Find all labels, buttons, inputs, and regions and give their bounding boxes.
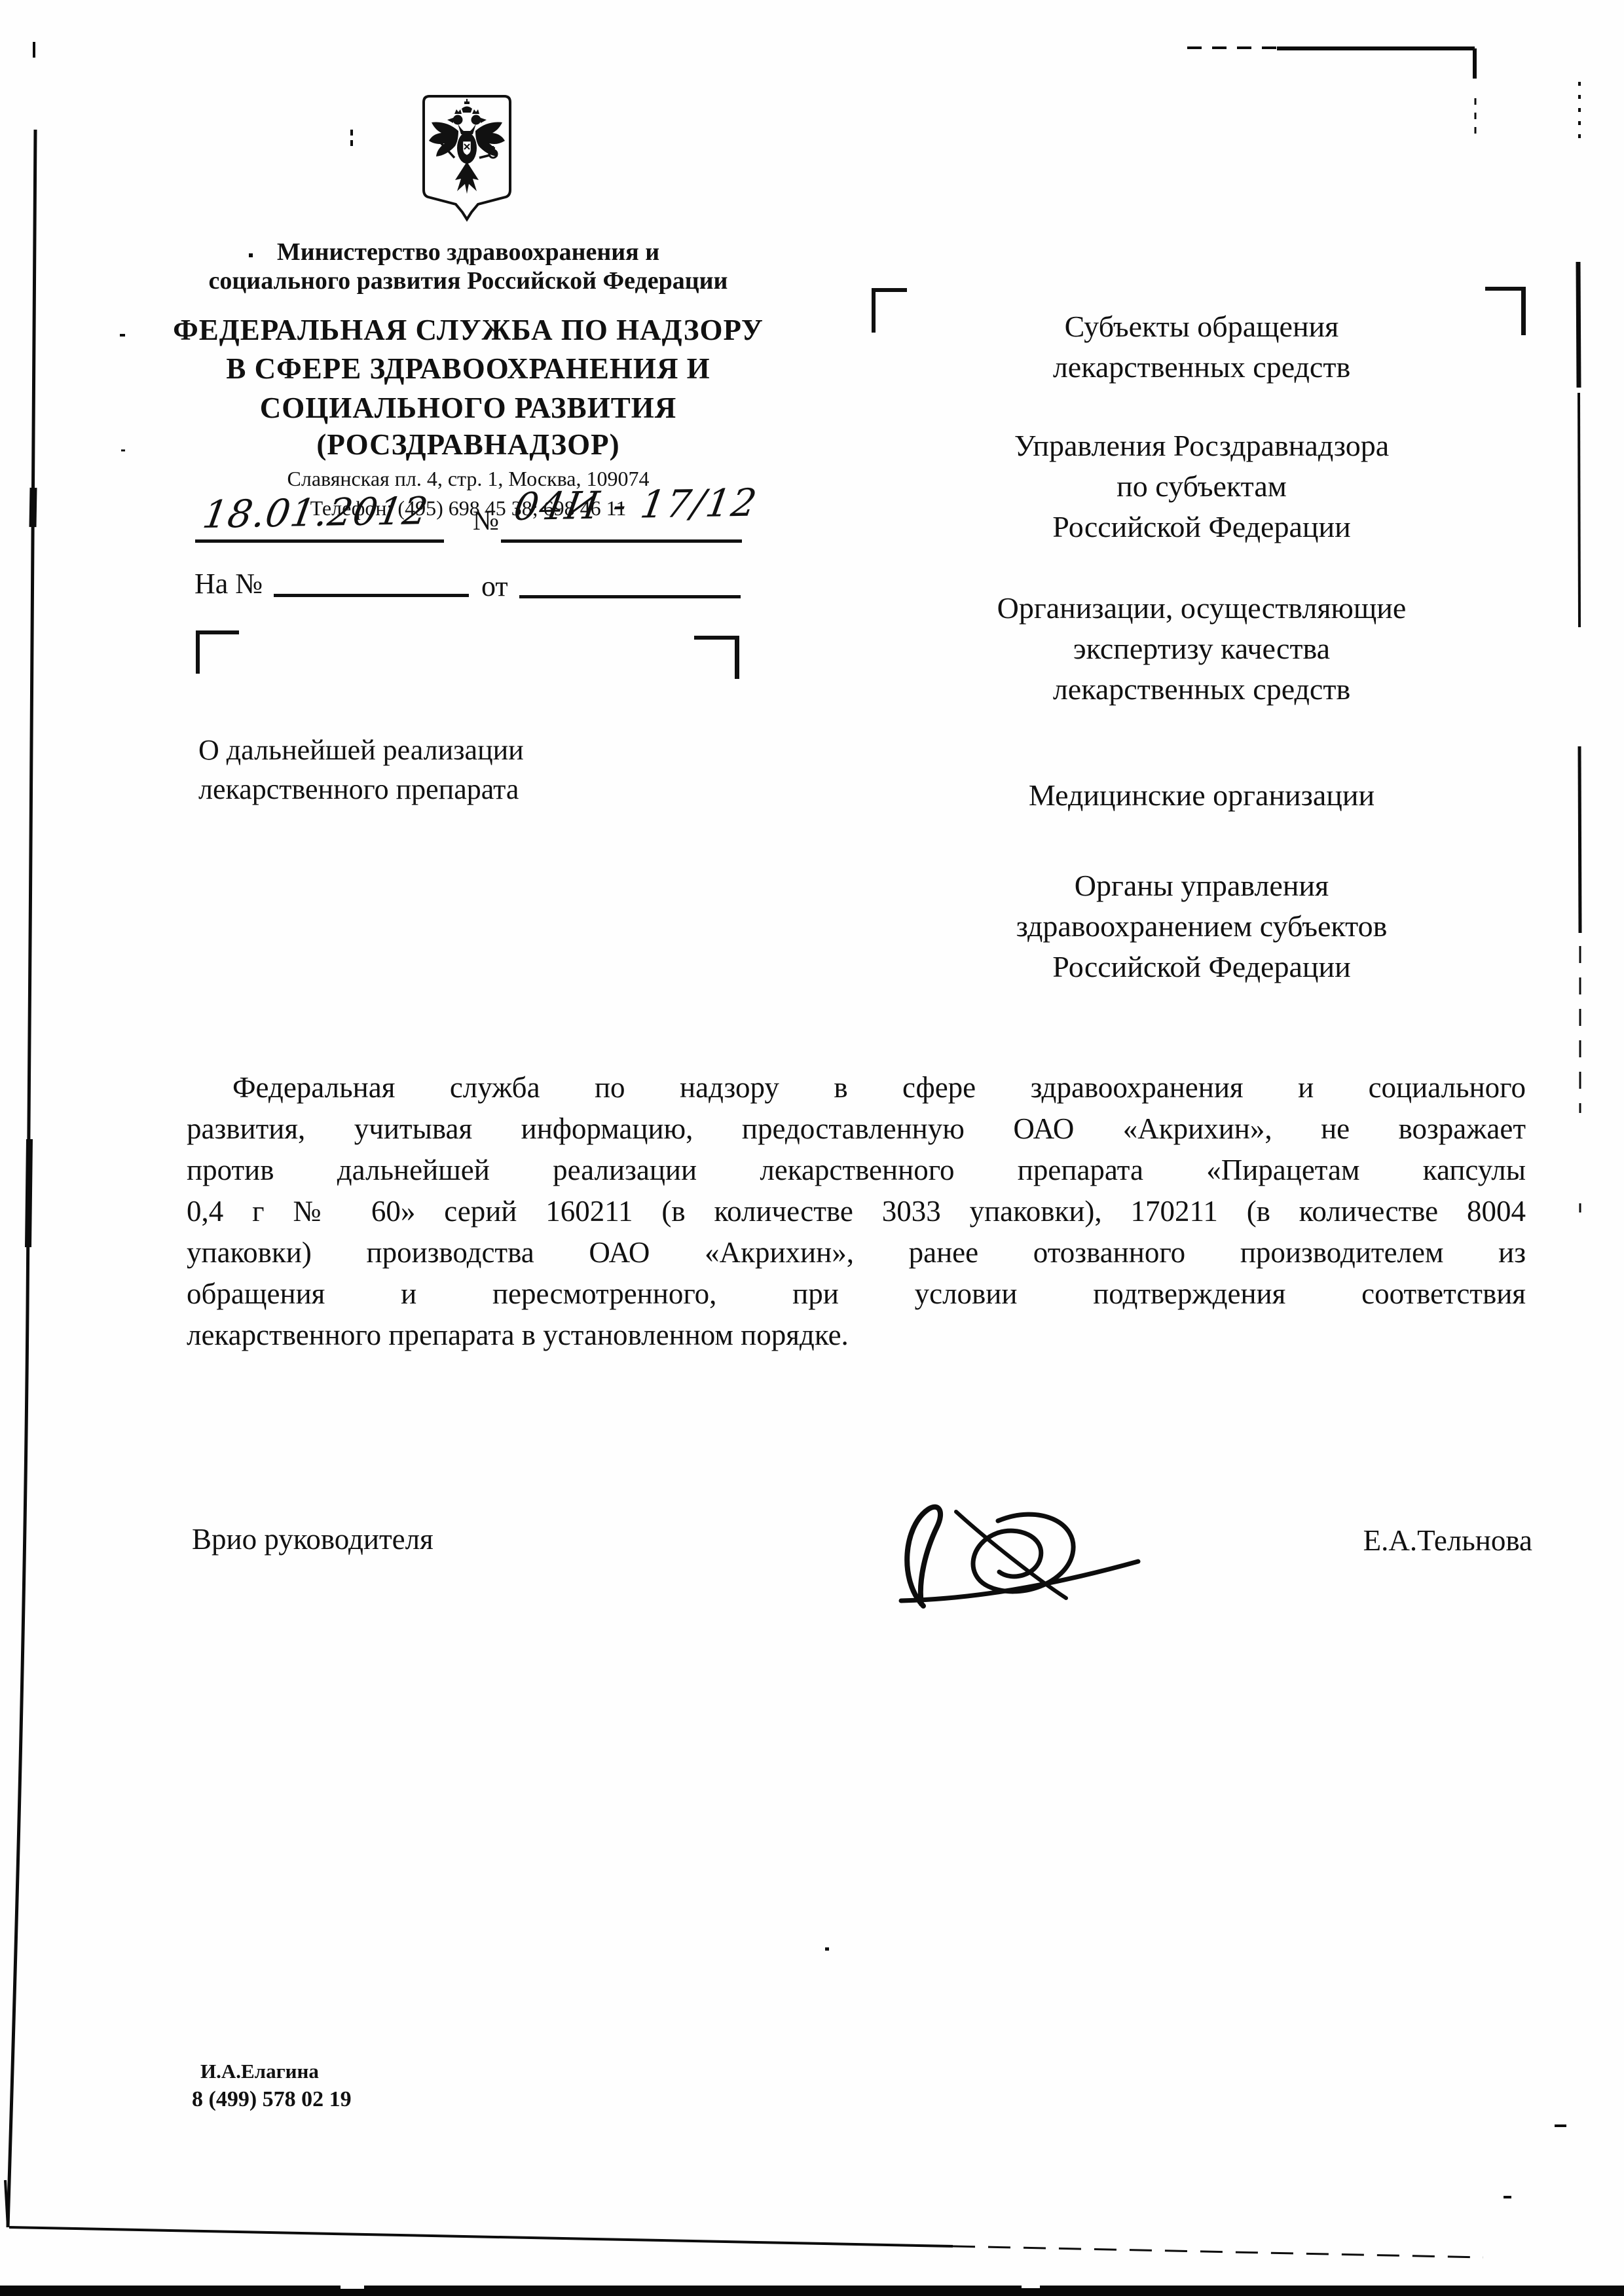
subject-line1: О дальнейшей реализации: [198, 731, 524, 770]
signer-name: Е.А.Тельнова: [1244, 1523, 1532, 1558]
service-name-line3: СОЦИАЛЬНОГО РАЗВИТИЯ: [157, 391, 779, 425]
body-line-2: развития, учитывая информацию, предостав…: [187, 1108, 1526, 1150]
recipient-line: по субъектам: [871, 466, 1532, 507]
recipient-line: Медицинские организации: [871, 775, 1532, 816]
recipient-group-2: Управления Росздравнадзора по субъектам …: [871, 426, 1532, 547]
recipient-line: лекарственных средств: [871, 669, 1532, 710]
service-name-line2: В СФЕРЕ ЗДРАВООХРАНЕНИЯ И: [157, 352, 779, 386]
scan-left-edge-line: [8, 130, 35, 2227]
body-line-4: 0,4 г № 60» серий 160211 (в количестве 3…: [187, 1191, 1526, 1232]
recipient-group-3: Организации, осуществляющие экспертизу к…: [871, 588, 1532, 710]
recipient-line: лекарственных средств: [871, 347, 1532, 388]
recipient-line: Российской Федерации: [871, 947, 1532, 987]
subject-block: О дальнейшей реализации лекарственного п…: [198, 731, 524, 809]
executor-phone: 8 (499) 578 02 19: [192, 2087, 352, 2112]
recipient-line: здравоохранением субъектов: [871, 906, 1532, 947]
recipient-line: Организации, осуществляющие: [871, 588, 1532, 629]
reply-from-label: от: [481, 570, 508, 603]
executor-name: И.А.Елагина: [200, 2060, 319, 2083]
date-underline: [195, 539, 444, 543]
service-short-name: (РОСЗДРАВНАДЗОР): [157, 428, 779, 462]
reply-number-underline: [274, 594, 469, 597]
recipient-group-1: Субъекты обращения лекарственных средств: [871, 306, 1532, 388]
subject-line2: лекарственного препарата: [198, 770, 524, 809]
body-line-1: Федеральная служба по надзору в сфере зд…: [187, 1067, 1526, 1108]
corner-mark-left-zone-left: [196, 630, 239, 674]
handwritten-number: 04И - 17/12: [511, 481, 761, 529]
ministry-name-line1: Министерство здравоохранения и: [157, 238, 779, 266]
handwritten-signature: [858, 1496, 1146, 1617]
number-underline: [501, 539, 742, 543]
reply-to-label: На №: [194, 567, 263, 600]
body-line-6: обращения и пересмотренного, при условии…: [187, 1273, 1526, 1315]
russia-coat-of-arms-icon: [419, 93, 515, 226]
recipient-line: Российской Федерации: [871, 507, 1532, 547]
recipient-line: Управления Росздравнадзора: [871, 426, 1532, 466]
body-line-7: лекарственного препарата в установленном…: [187, 1315, 1526, 1356]
recipient-group-5: Органы управления здравоохранением субъе…: [871, 866, 1532, 987]
signer-position: Врио руководителя: [192, 1522, 434, 1556]
scanned-letter-page: Министерство здравоохранения и социально…: [0, 0, 1624, 2296]
corner-mark-left-zone-right: [694, 636, 739, 679]
scan-bottom-bar: [0, 2286, 1624, 2296]
handwritten-date: 18.01.2012: [200, 488, 432, 537]
recipient-group-4: Медицинские организации: [871, 775, 1532, 816]
scan-crease-line: [9, 2227, 953, 2246]
number-sign-label: №: [473, 505, 499, 537]
recipient-line: Органы управления: [871, 866, 1532, 906]
body-line-5: упаковки) производства ОАО «Акрихин», ра…: [187, 1232, 1526, 1273]
reply-date-underline: [519, 595, 741, 598]
ministry-name-line2: социального развития Российской Федераци…: [157, 266, 779, 295]
service-name-line1: ФЕДЕРАЛЬНАЯ СЛУЖБА ПО НАДЗОРУ: [157, 313, 779, 347]
recipient-line: Субъекты обращения: [871, 306, 1532, 347]
body-line-3: против дальнейшей реализации лекарственн…: [187, 1150, 1526, 1191]
recipient-line: экспертизу качества: [871, 629, 1532, 669]
